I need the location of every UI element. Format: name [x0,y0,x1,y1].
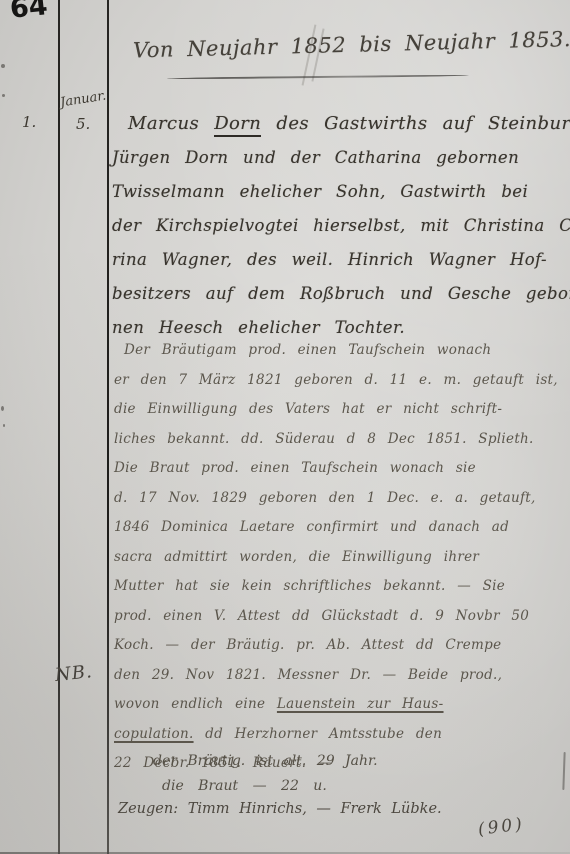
entry-text-line: Jürgen Dorn und der Catharina gebornen [112,148,564,182]
entry-text-line: 1846 Dominica Laetare confirmirt und dan… [114,519,566,549]
house-copulation-post: dd Herzhorner Amtsstube den [194,726,443,742]
nota-bene-mark: NB. [54,661,94,686]
entry-text-line: Mutter hat sie kein schriftliches bekann… [114,578,566,608]
entry-text-line: copulation. dd Herzhorner Amtsstube den [114,726,566,756]
entry-day: 5. [76,115,90,133]
house-copulation-underlined-2: copulation. [114,726,194,742]
entry-text-line: wovon endlich eine Lauenstein zur Haus- [114,696,566,726]
groom-description: des Gastwirths auf Steinburg [261,113,570,134]
register-period-title: Von Neujahr 1852 bis Neujahr 1853. [133,28,553,63]
entry-text-line: Die Braut prod. einen Taufschein wonach … [114,460,566,490]
entry-notes-paragraph: Der Bräutigam prod. einen Taufschein won… [114,342,566,785]
entry-text-line: sacra admittirt worden, die Einwilligung… [114,549,566,579]
entry-text-line: liches bekannt. dd. Süderau d 8 Dec 1851… [114,431,566,461]
folio-reference: (90) [477,814,526,840]
ink-speck [3,424,5,427]
entry-text-line: Koch. — der Bräutig. pr. Ab. Attest dd C… [114,637,566,667]
entry-text-line: der Kirchspielvogtei hierselbst, mit Chr… [112,216,564,250]
entry-text-line: Der Bräutigam prod. einen Taufschein won… [114,342,566,372]
page-number: 64 [8,0,49,25]
entry-text-line: rina Wagner, des weil. Hinrich Wagner Ho… [112,250,564,284]
entry-text-line: die Einwilligung des Vaters hat er nicht… [114,401,566,431]
house-copulation-pre: wovon endlich eine [114,696,277,712]
title-underline [167,74,469,79]
margin-rule-left [58,0,60,854]
ink-speck [1,406,4,411]
ink-speck [2,94,5,97]
entry-text-line: er den 7 März 1821 geboren d. 11 e. m. g… [114,372,566,402]
entry-month-label: Januar. [59,88,107,110]
entry-main-paragraph: Marcus Dorn des Gastwirths auf Steinburg… [112,114,564,352]
bride-age-line: die Braut — 22 u. [162,778,327,794]
entry-text-line: prod. einen V. Attest dd Glückstadt d. 9… [114,608,566,638]
entry-text-line: den 29. Nov 1821. Messner Dr. — Beide pr… [114,667,566,697]
margin-rule-right [107,0,109,854]
groom-surname: Dorn [214,113,261,137]
entry-text-line: d. 17 Nov. 1829 geboren den 1 Dec. e. a.… [114,490,566,520]
entry-text-line: besitzers auf dem Roßbruch und Gesche ge… [112,284,564,318]
groom-age-line: der Bräutig. ist alt. 29 Jahr. [153,753,378,769]
ink-speck [1,64,5,68]
house-copulation-underlined: Lauenstein zur Haus- [277,696,444,712]
entry-number: 1. [22,113,36,131]
groom-first-name: Marcus [128,113,214,134]
scanned-register-page: 64 Von Neujahr 1852 bis Neujahr 1853. Ja… [0,0,570,854]
witnesses-line: Zeugen: Timm Hinrichs, — Frerk Lübke. [118,801,442,817]
entry-text-line: Twisselmann ehelicher Sohn, Gastwirth be… [112,182,564,216]
entry-text-line: Marcus Dorn des Gastwirths auf Steinburg [112,114,564,148]
